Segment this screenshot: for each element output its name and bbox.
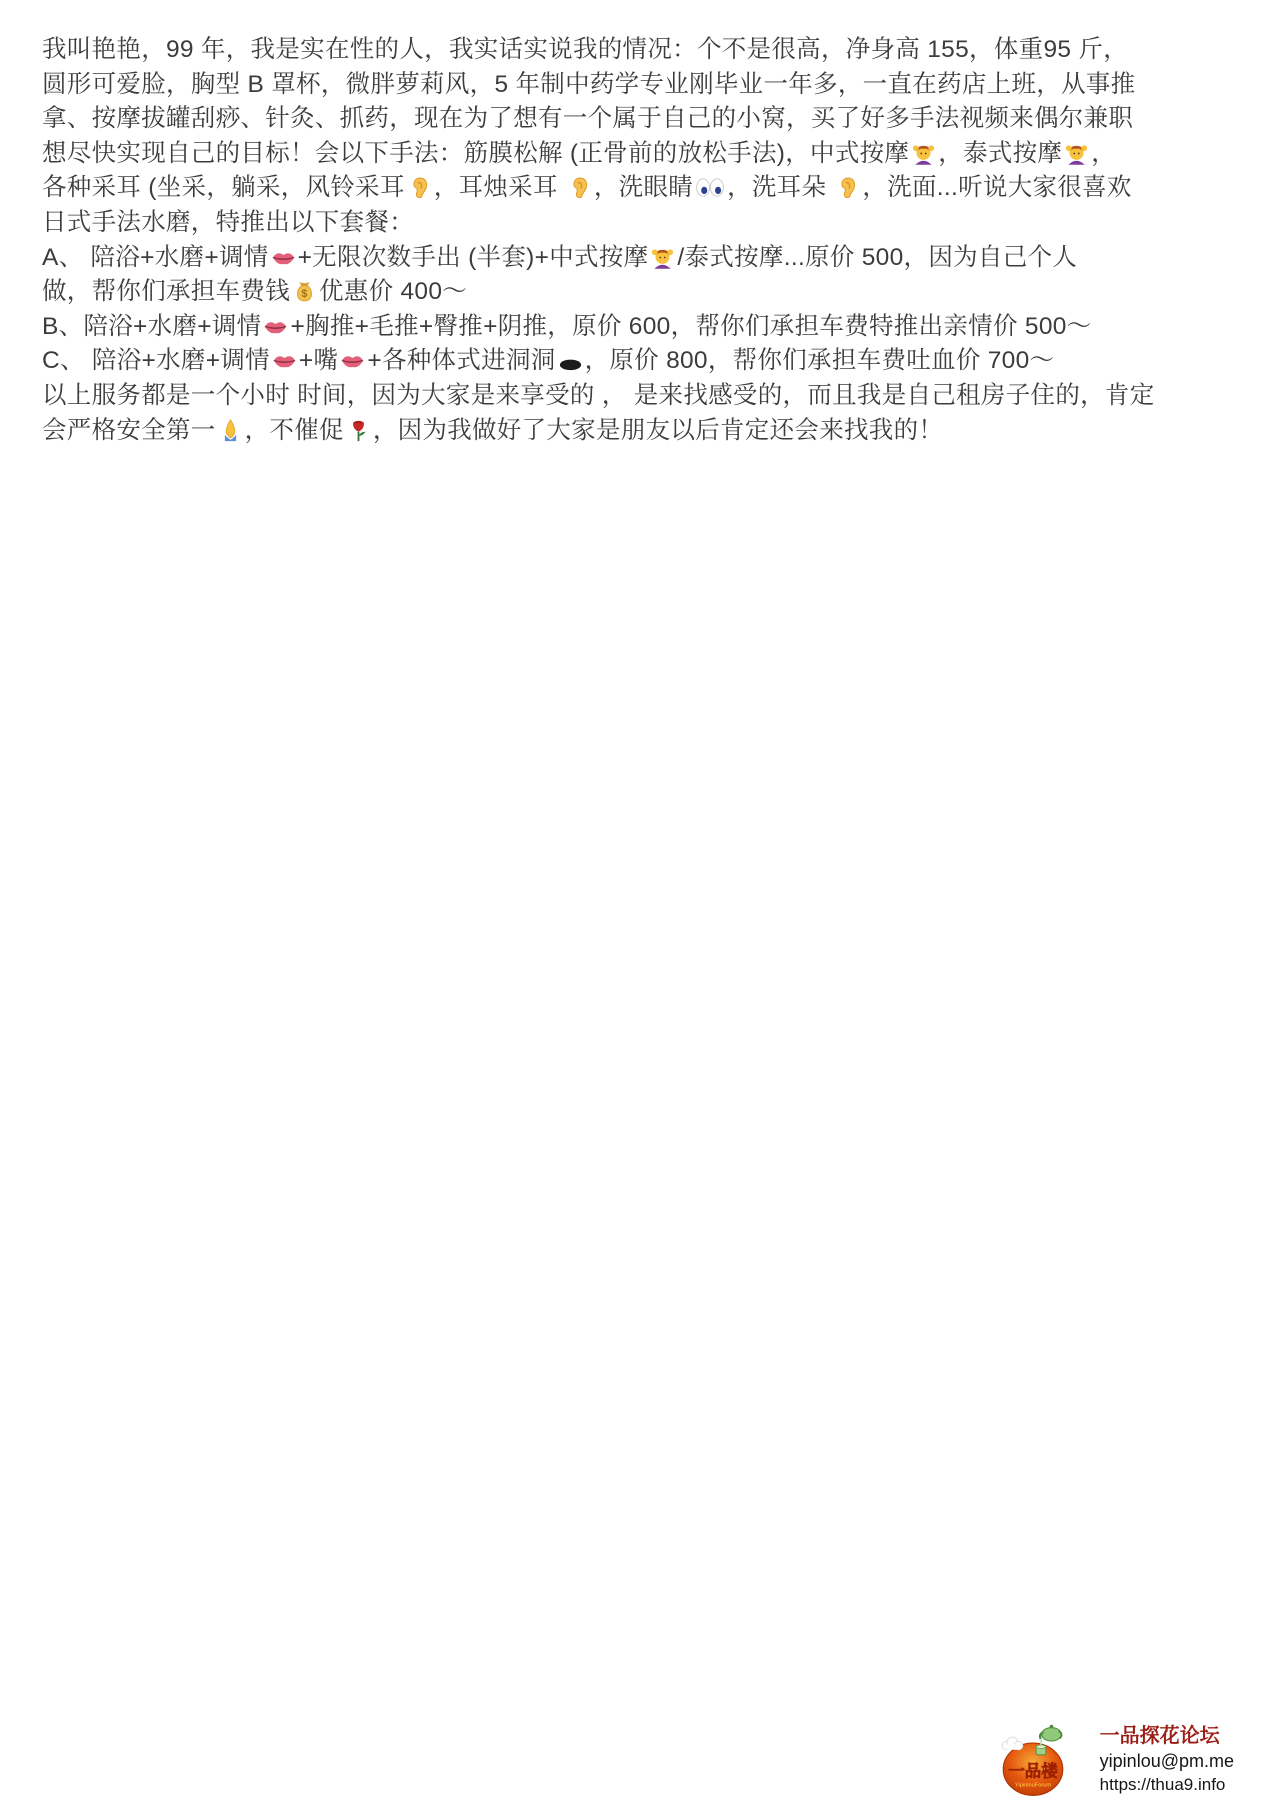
massage-person-icon [650, 245, 675, 270]
lips-icon [272, 348, 297, 373]
ear-icon [567, 175, 592, 200]
svg-text:$: $ [301, 288, 307, 300]
footer-text: 一品探花论坛 yipinlou@pm.me https://thua9.info [1100, 1724, 1234, 1796]
logo-badge-text: 一品楼 [1008, 1761, 1058, 1780]
post-line: 做，帮你们承担车费钱$优惠价 400～ [42, 275, 1240, 310]
yipinlou-logo-icon: 一品楼 YipinlouForum [996, 1723, 1070, 1797]
rose-icon [346, 418, 371, 443]
hole-icon [558, 348, 583, 373]
page: 我叫艳艳，99 年，我是实在性的人，我实话实说我的情况：个不是很高，净身高 15… [0, 0, 1280, 1811]
cloud-icon [1002, 1737, 1023, 1750]
ear-icon [835, 175, 860, 200]
post-line: 日式手法水磨，特推出以下套餐： [42, 206, 1240, 241]
site-watermark: 一品楼 YipinlouForum 一品探花论坛 yipinlou@pm.me … [996, 1723, 1234, 1797]
post-body: 我叫艳艳，99 年，我是实在性的人，我实话实说我的情况：个不是很高，净身高 15… [42, 33, 1240, 448]
site-title: 一品探花论坛 [1100, 1724, 1234, 1748]
post-line: A、 陪浴+水磨+调情+无限次数手出 (半套)+中式按摩/泰式按摩...原价 5… [42, 241, 1240, 276]
lips-icon [340, 348, 365, 373]
post-line: 拿、按摩拔罐刮痧、针灸、抓药，现在为了想有一个属于自己的小窝，买了好多手法视频来… [42, 102, 1240, 137]
post-line: B、陪浴+水磨+调情+胸推+毛推+臀推+阴推，原价 600，帮你们承担车费特推出… [42, 310, 1240, 345]
lips-icon [263, 314, 288, 339]
lips-icon [271, 245, 296, 270]
post-line: 想尽快实现自己的目标！会以下手法：筋膜松解 (正骨前的放松手法)，中式按摩，泰式… [42, 137, 1240, 172]
post-line: 各种采耳 (坐采，躺采，风铃采耳，耳烛采耳 ，洗眼睛，洗耳朵 ，洗面...听说大… [42, 171, 1240, 206]
moneybag-icon: $ [292, 279, 317, 304]
post-line: 圆形可爱脸，胸型 B 罩杯，微胖萝莉风，5 年制中药学专业刚毕业一年多，一直在药… [42, 68, 1240, 103]
massage-person-icon [1064, 141, 1089, 166]
site-url: https://thua9.info [1100, 1773, 1234, 1796]
ear-icon [407, 175, 432, 200]
site-email: yipinlou@pm.me [1100, 1749, 1234, 1773]
post-line: 会严格安全第一，不催促，因为我做好了大家是朋友以后肯定还会来找我的！ [42, 414, 1240, 449]
post-line: 我叫艳艳，99 年，我是实在性的人，我实话实说我的情况：个不是很高，净身高 15… [42, 33, 1240, 68]
massage-person-icon [911, 141, 936, 166]
post-line: 以上服务都是一个小时 时间，因为大家是来享受的 ， 是来找感受的，而且我是自己租… [42, 379, 1240, 414]
logo-badge-subtext: YipinlouForum [1015, 1783, 1051, 1789]
pray-icon [218, 418, 243, 443]
post-line: C、 陪浴+水磨+调情+嘴+各种体式进洞洞，原价 800，帮你们承担车费吐血价 … [42, 344, 1240, 379]
eyes-icon [695, 175, 725, 200]
